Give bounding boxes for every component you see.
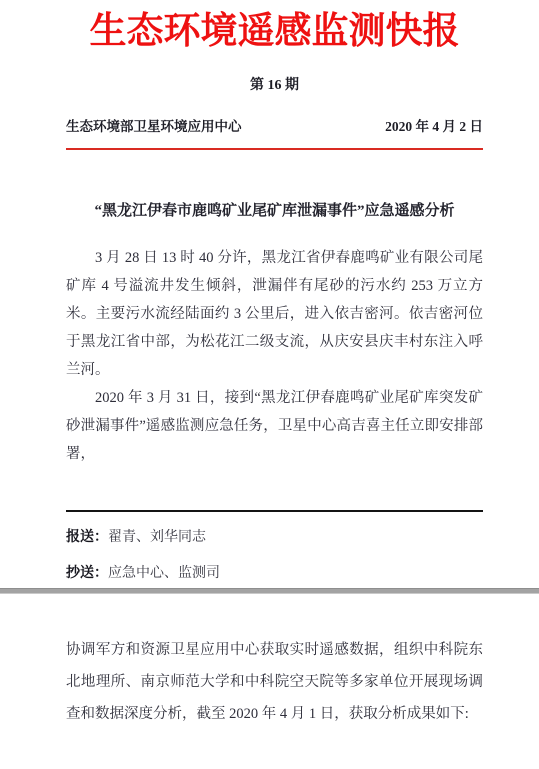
article-title: “黑龙江伊春市鹿鸣矿业尾矿库泄漏事件”应急遥感分析 xyxy=(66,199,483,220)
cc-label: 抄送： xyxy=(66,564,108,580)
cc-line: 抄送：应急中心、监测司 xyxy=(66,562,483,584)
report-to-line: 报送：翟青、刘华同志 xyxy=(66,526,483,548)
body-paragraph-2: 2020 年 3 月 31 日，接到“黑龙江伊春鹿鸣矿业尾矿库突发矿砂泄漏事件”… xyxy=(66,384,483,468)
page-2: 协调军方和资源卫星应用中心获取实时遥感数据，组织中科院东北地理所、南京师范大学和… xyxy=(0,594,539,769)
cc-value: 应急中心、监测司 xyxy=(108,566,220,581)
footer-divider-rule xyxy=(66,510,483,512)
issuing-organization: 生态环境部卫星环境应用中心 xyxy=(66,115,242,135)
continuation-paragraph: 协调军方和资源卫星应用中心获取实时遥感数据，组织中科院东北地理所、南京师范大学和… xyxy=(66,594,483,730)
document-viewer: 生态环境遥感监测快报 第 16 期 生态环境部卫星环境应用中心 2020 年 4… xyxy=(0,0,539,769)
issuer-row: 生态环境部卫星环境应用中心 2020 年 4 月 2 日 xyxy=(66,115,483,135)
body-paragraph-1: 3 月 28 日 13 时 40 分许，黑龙江省伊春鹿鸣矿业有限公司尾矿库 4 … xyxy=(66,244,483,384)
bulletin-masthead-title: 生态环境遥感监测快报 xyxy=(66,0,483,54)
page-1: 生态环境遥感监测快报 第 16 期 生态环境部卫星环境应用中心 2020 年 4… xyxy=(0,0,539,588)
article-body: 3 月 28 日 13 时 40 分许，黑龙江省伊春鹿鸣矿业有限公司尾矿库 4 … xyxy=(66,244,483,468)
issue-date: 2020 年 4 月 2 日 xyxy=(385,115,483,135)
report-to-label: 报送： xyxy=(66,528,108,544)
report-to-value: 翟青、刘华同志 xyxy=(108,530,206,545)
issue-number: 第 16 期 xyxy=(66,74,483,94)
red-divider-rule xyxy=(66,148,483,150)
